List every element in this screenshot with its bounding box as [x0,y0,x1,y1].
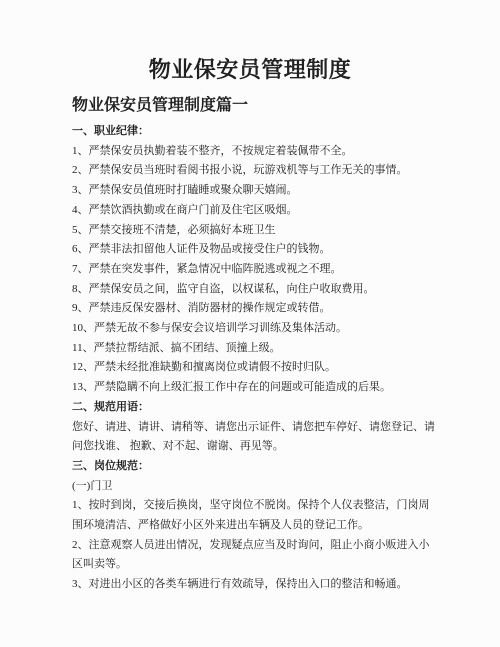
doc-line: 2、严禁保安员当班时看阅书报小说，玩游戏机等与工作无关的事情。 [72,161,440,181]
doc-line: 12、严禁未经批准缺勤和擅离岗位或请假不按时归队。 [72,358,440,378]
doc-line: 2、注意观察人员进出情况，发现疑点应当及时询问，阻止小商小贩进入小 [72,536,440,556]
doc-line: 3、对进出小区的各类车辆进行有效疏导，保持出入口的整洁和畅通。 [72,575,440,595]
doc-line: 8、严禁保安员之间，监守自盗，以权谋私，向住户收取费用。 [72,280,440,300]
doc-body: 一、职业纪律：1、严禁保安员执勤着装不整齐，不按规定着装佩带不全。2、严禁保安员… [72,122,440,595]
doc-line: 5、严禁交接班不清楚，必须搞好本班卫生 [72,221,440,241]
doc-subtitle: 物业保安员管理制度篇一 [72,96,430,116]
doc-line: 围环境清洁、严格做好小区外来进出车辆及人员的登记工作。 [72,516,440,536]
doc-title: 物业保安员管理制度 [0,0,500,83]
doc-line: 三、岗位规范： [72,457,440,477]
doc-line: 4、严禁饮酒执勤或在商户门前及住宅区吸烟。 [72,201,440,221]
doc-line: (一)门卫 [72,477,440,497]
doc-line: 二、规范用语： [72,398,440,418]
doc-line: 区叫卖等。 [72,555,440,575]
doc-line: 1、严禁保安员执勤着装不整齐，不按规定着装佩带不全。 [72,142,440,162]
doc-line: 一、职业纪律： [72,122,440,142]
doc-line: 问您找谁、 抱歉、对不起、谢谢、再见等。 [72,437,440,457]
doc-line: 11、严禁拉帮结派、搞不团结、顶撞上级。 [72,339,440,359]
document-page: 物业保安员管理制度 物业保安员管理制度篇一 一、职业纪律：1、严禁保安员执勤着装… [0,0,500,647]
doc-line: 13、严禁隐瞒不向上级汇报工作中存在的问题或可能造成的后果。 [72,378,440,398]
doc-line: 您好、请进、请讲、请稍等、请您出示证件、请您把车停好、请您登记、请 [72,418,440,438]
doc-line: 1、按时到岗，交接后换岗，坚守岗位不脱岗。保持个人仪表整洁，门岗周 [72,496,440,516]
doc-line: 3、严禁保安员值班时打瞌睡或聚众聊天嬉闹。 [72,181,440,201]
doc-line: 6、严禁非法扣留他人证件及物品或接受住户的钱物。 [72,240,440,260]
doc-line: 10、严禁无故不参与保安会议培训学习训练及集体活动。 [72,319,440,339]
doc-line: 9、严禁违反保安器材、消防器材的操作规定或转借。 [72,299,440,319]
doc-line: 7、严禁在突发事件，紧急情况中临阵脱逃或视之不理。 [72,260,440,280]
